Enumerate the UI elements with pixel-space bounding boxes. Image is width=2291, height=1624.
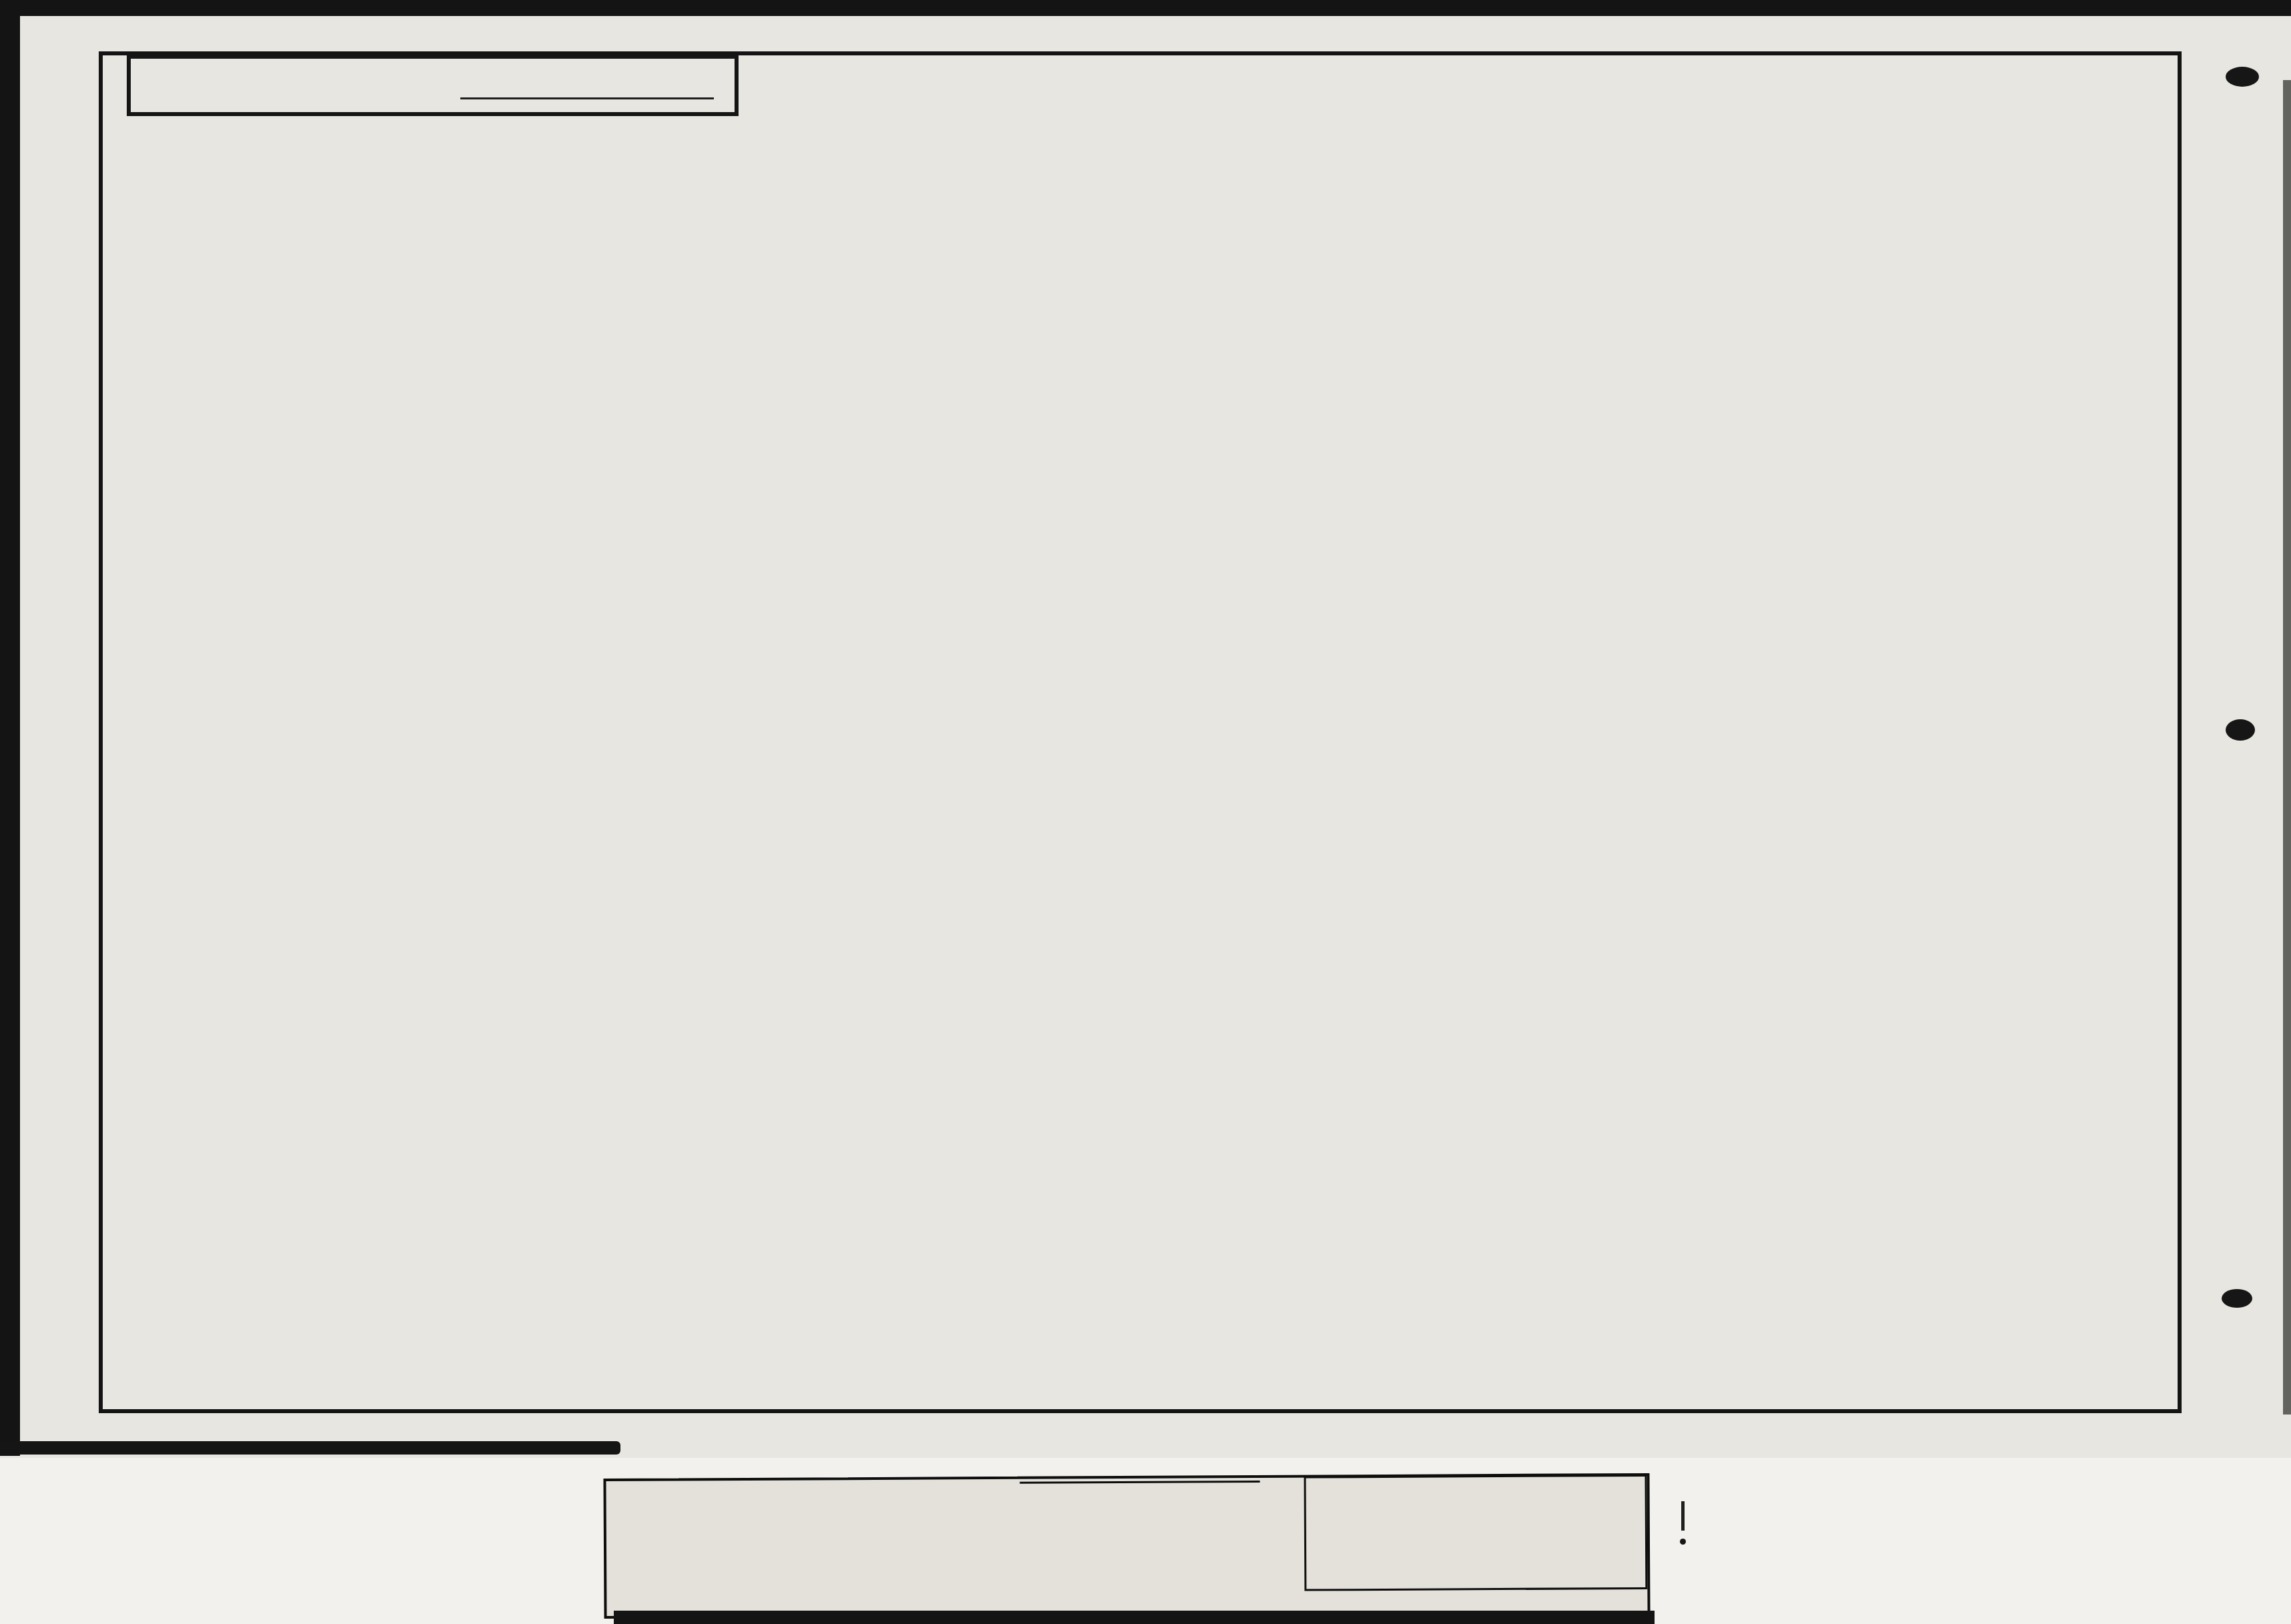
census-table [0,0,2291,1624]
census-page-scan [0,0,2291,1624]
